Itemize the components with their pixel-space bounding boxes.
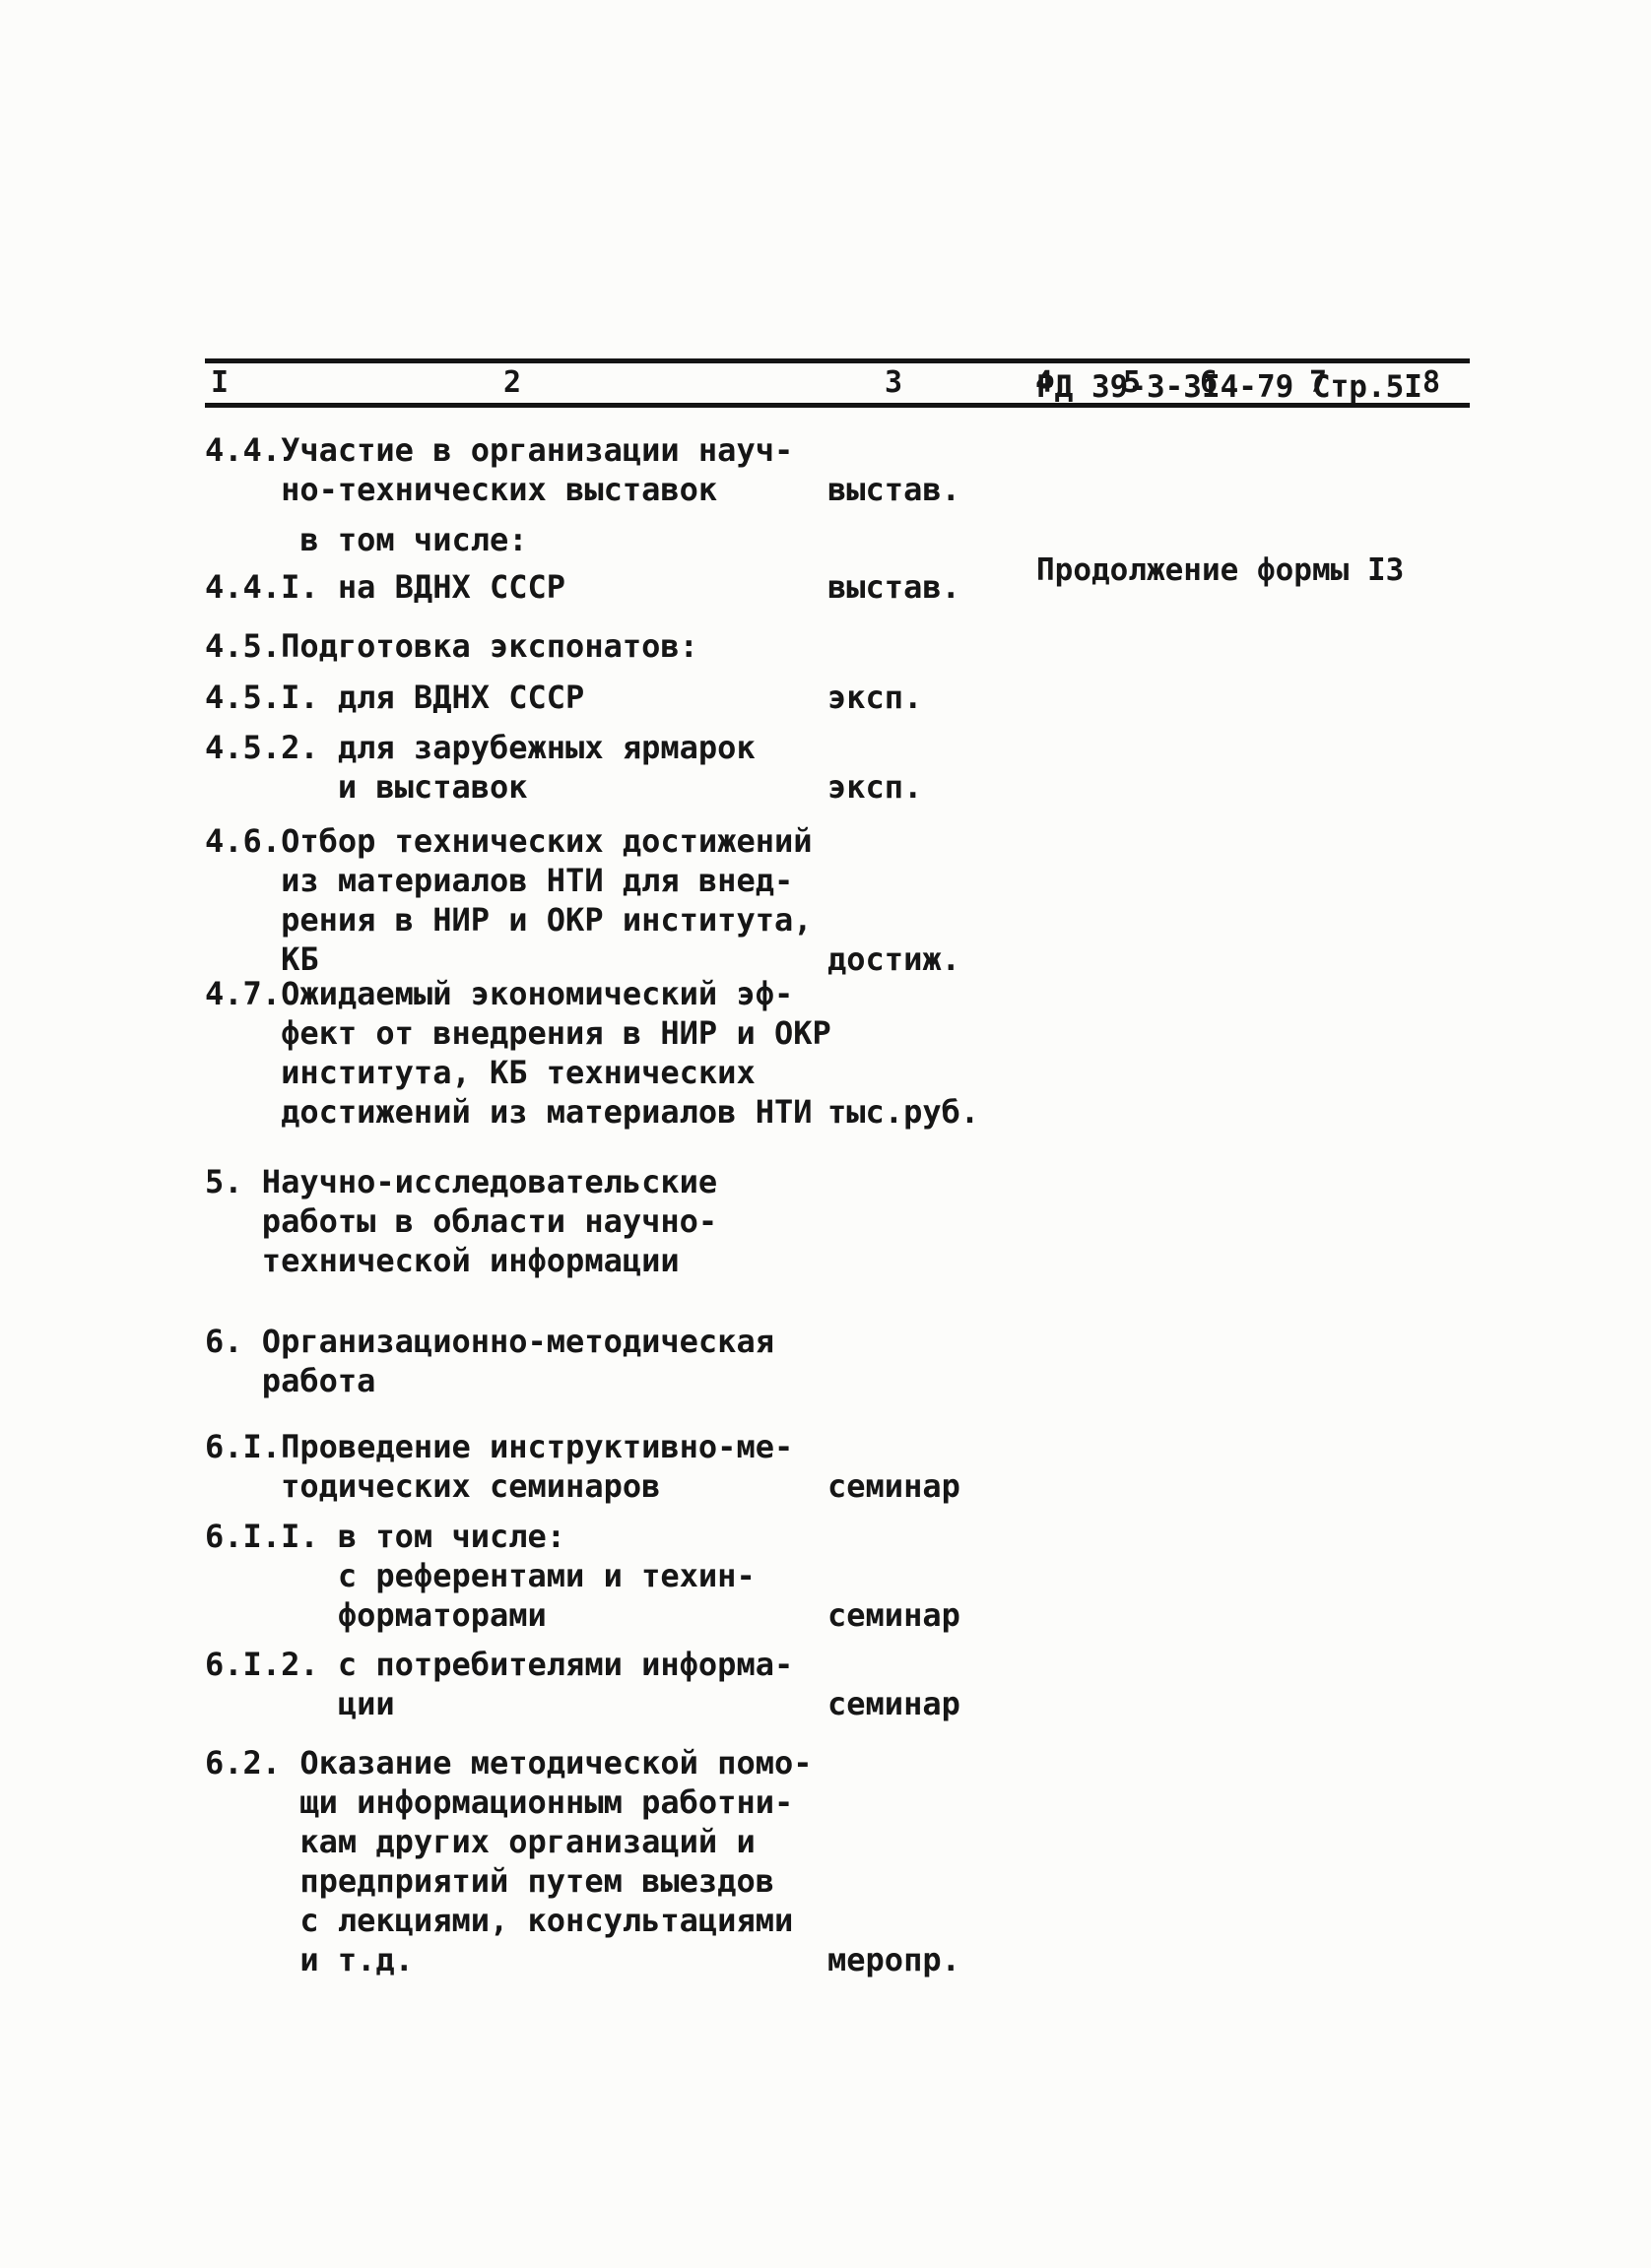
item-unit: меропр. — [827, 1940, 960, 1979]
table-column-numbers-row: I 2 3 4 5 6 7 8 — [205, 358, 1470, 408]
item-unit: достиж. — [827, 940, 960, 979]
item-text: 4.6.Отбор технических достижений из мате… — [205, 821, 827, 979]
item-text: 4.7.Ожидаемый экономический эф- фект от … — [205, 974, 827, 1132]
table-row: 6.I.Проведение инструктивно-ме- тодическ… — [205, 1427, 1470, 1506]
column-header-6: 6 — [1200, 365, 1218, 401]
item-text: 4.5.I. для ВДНХ СССР — [205, 678, 827, 717]
item-unit: выстав. — [827, 470, 960, 509]
table-row: 6.I.2. с потребителями информа- ции семи… — [205, 1645, 1470, 1723]
table-row: 4.4.I. на ВДНХ СССР выстав. — [205, 567, 1470, 607]
item-text: 6.I.2. с потребителями информа- ции — [205, 1645, 827, 1723]
item-text: 4.5.2. для зарубежных ярмарок и выставок — [205, 728, 827, 807]
table-row: 4.7.Ожидаемый экономический эф- фект от … — [205, 974, 1470, 1132]
column-header-3: 3 — [885, 365, 902, 401]
form-table: I 2 3 4 5 6 7 8 4.4.Участие в организаци… — [205, 358, 1470, 1979]
item-text: 6.2. Оказание методической помо- щи инфо… — [205, 1743, 827, 1979]
item-unit: семинар — [827, 1684, 960, 1723]
item-unit: эксп. — [827, 767, 922, 807]
column-header-2: 2 — [503, 365, 521, 401]
table-row: 5. Научно-исследовательские работы в обл… — [205, 1162, 1470, 1280]
item-unit: семинар — [827, 1595, 960, 1635]
column-header-7: 7 — [1309, 365, 1327, 401]
table-row: 6.I.I. в том числе: с референтами и техи… — [205, 1517, 1470, 1635]
item-text: 4.4.Участие в организации науч- но-техни… — [205, 430, 827, 509]
item-unit: эксп. — [827, 678, 922, 717]
item-unit: тыс.руб. — [827, 1092, 979, 1132]
table-row: 6. Организационно-методическая работа — [205, 1322, 1470, 1400]
column-header-4: 4 — [1035, 365, 1053, 401]
item-text: 4.5.Подготовка экспонатов: — [205, 626, 827, 666]
table-row: 4.5.Подготовка экспонатов: — [205, 626, 1470, 666]
item-unit: выстав. — [827, 567, 960, 607]
table-row: 4.5.I. для ВДНХ СССР эксп. — [205, 678, 1470, 717]
item-text: 6.I.Проведение инструктивно-ме- тодическ… — [205, 1427, 827, 1506]
column-header-8: 8 — [1422, 365, 1440, 401]
table-row: в том числе: — [205, 520, 1470, 559]
column-header-1: I — [211, 365, 229, 401]
table-row: 6.2. Оказание методической помо- щи инфо… — [205, 1743, 1470, 1979]
item-text: 6. Организационно-методическая работа — [205, 1322, 827, 1400]
table-row: 4.6.Отбор технических достижений из мате… — [205, 821, 1470, 979]
scanned-document-page: РД 39-3-3I4-79 Стр.5I Продолжение формы … — [0, 0, 1651, 2268]
table-row: 4.5.2. для зарубежных ярмарок и выставок… — [205, 728, 1470, 807]
item-text: 5. Научно-исследовательские работы в обл… — [205, 1162, 827, 1280]
table-row: 4.4.Участие в организации науч- но-техни… — [205, 430, 1470, 509]
item-unit: семинар — [827, 1466, 960, 1506]
item-text: в том числе: — [205, 520, 827, 559]
item-text: 4.4.I. на ВДНХ СССР — [205, 567, 827, 607]
item-text: 6.I.I. в том числе: с референтами и техи… — [205, 1517, 827, 1635]
column-header-5: 5 — [1123, 365, 1141, 401]
